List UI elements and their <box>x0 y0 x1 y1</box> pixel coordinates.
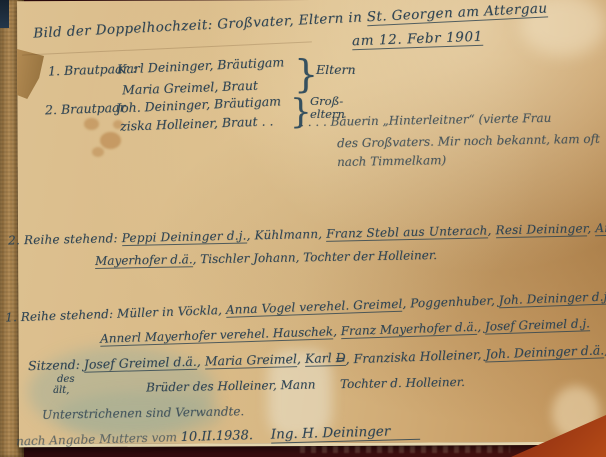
seated-sep2: , <box>297 351 305 366</box>
couple2-label: 2. Brautpaar <box>45 100 126 118</box>
spot-stain-1 <box>84 118 99 130</box>
row2-name3: Resi Deininger <box>495 221 587 238</box>
row2-name4b: Mayerhofer d.ä. <box>95 252 193 269</box>
seated-cont-mid: Brüder des Holleiner, Mann <box>146 378 316 395</box>
spot-stain-2 <box>100 132 121 149</box>
caption-date: am 12. Febr 1901 <box>352 29 483 50</box>
row2-sep2: , <box>487 223 495 237</box>
row1-sep2: , <box>333 324 341 338</box>
footer-source-text: nach Angabe Mutters vom <box>16 430 181 448</box>
seated-name2: Maria Greimel <box>205 351 298 369</box>
seated-sep1: , <box>197 354 205 369</box>
couple2-role-top: Groß- <box>310 94 343 108</box>
faint-stamp-text <box>300 446 510 453</box>
couple1-role: Eltern <box>316 62 356 77</box>
seated-cont-right: Tochter d. Holleiner. <box>340 375 465 391</box>
photo-album-back-page: Bild der Doppelhochzeit: Großvater, Elte… <box>0 0 606 457</box>
seated-name1: Josef Greimel d.ä. <box>84 354 197 373</box>
footer-date: 10.II.1938. <box>180 428 253 445</box>
spot-stain-3 <box>92 147 104 157</box>
couple1-brace: } <box>294 52 318 96</box>
row2-name4: Anna <box>595 221 606 237</box>
margin-note-line3: nach Timmelkam) <box>337 153 446 169</box>
seated-label: Sitzend: <box>28 357 84 373</box>
row2-sep1: , Kühlmann, <box>246 227 326 243</box>
row2-name1: Peppi Deininger d.j. <box>122 228 247 246</box>
seated-small-word-2: ält, <box>53 385 69 396</box>
row2-label: 2. Reihe stehend: <box>8 231 122 247</box>
seated-small-word-1: des <box>57 374 74 385</box>
dark-corner-sliver <box>0 0 9 28</box>
